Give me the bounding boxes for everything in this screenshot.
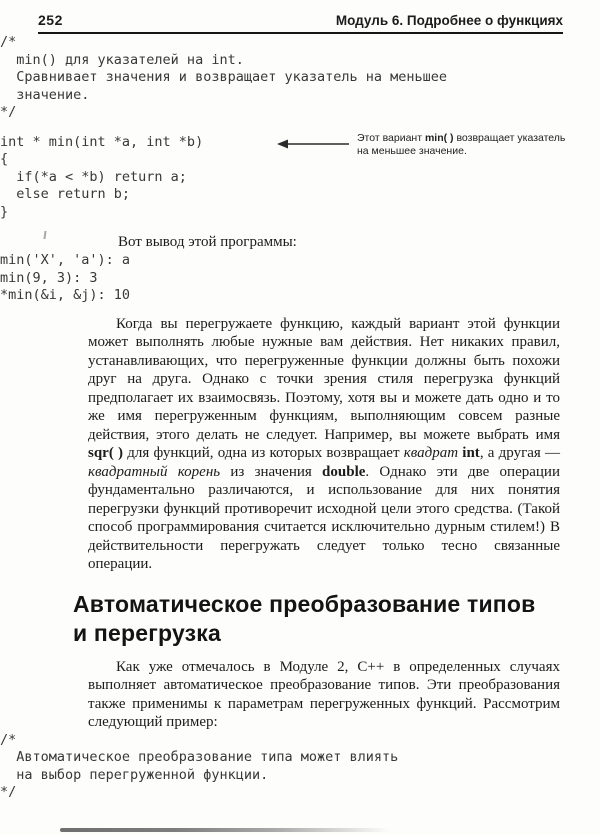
paragraph-text-italic: квадратный корень: [88, 464, 220, 480]
code-line: */: [0, 104, 600, 122]
paragraph-text-bold: sqr( ): [88, 445, 123, 461]
callout-text: Этот вариант: [357, 132, 425, 144]
code-line: Автоматическое преобразование типа может…: [0, 749, 600, 767]
code-line: /*: [0, 34, 600, 52]
code-line: *min(&i, &j): 10: [0, 287, 600, 305]
section-heading: Автоматическое преобразование типов и пе…: [73, 590, 560, 648]
paragraph-text-bold: double: [322, 464, 365, 480]
code-block-conversion-comment: /* Автоматическое преобразование типа мо…: [0, 732, 600, 802]
code-line: if(*a < *b) return a;: [0, 169, 600, 187]
output-intro-paragraph: Вот вывод этой программы:: [88, 233, 560, 252]
code-block-min-comment: /* min() для указателей на int. Сравнива…: [0, 34, 600, 122]
scan-bottom-shadow: [60, 828, 390, 832]
paragraph-text: , а другая —: [480, 445, 560, 461]
code-line: на выбор перегруженной функции.: [0, 767, 600, 785]
chapter-title: Модуль 6. Подробнее о функциях: [336, 13, 563, 28]
code-line: min(9, 3): 3: [0, 270, 600, 288]
callout-text-bold: min( ): [425, 132, 454, 144]
callout-arrow-icon: [277, 138, 349, 150]
code-line: }: [0, 204, 600, 222]
code-line: */: [0, 784, 600, 802]
code-line: Сравнивает значения и возвращает указате…: [0, 69, 600, 87]
overload-paragraph: Когда вы перегружаете функцию, каждый ва…: [88, 315, 560, 574]
section-heading-line1: Автоматическое преобразование типов: [73, 590, 560, 619]
section-heading-line2: и перегрузка: [73, 619, 560, 648]
code-line: min() для указателей на int.: [0, 52, 600, 70]
book-page: 252 Модуль 6. Подробнее о функциях /* mi…: [0, 0, 600, 835]
page-number: 252: [38, 12, 63, 28]
paragraph-text-bold: int: [462, 445, 480, 461]
code-line: min('X', 'a'): a: [0, 252, 600, 270]
paragraph-text: из значения: [220, 464, 322, 480]
paragraph-text: Когда вы перегружаете функцию, каждый ва…: [88, 316, 560, 443]
page-header: 252 Модуль 6. Подробнее о функциях: [38, 12, 563, 34]
code-line: значение.: [0, 87, 600, 105]
code-line: /*: [0, 732, 600, 750]
paragraph-text: для функций, одна из которых возвращает: [123, 445, 404, 461]
program-output-block: min('X', 'a'): amin(9, 3): 3*min(&i, &j)…: [0, 252, 600, 305]
conversion-paragraph: Как уже отмечалось в Модуле 2, C++ в опр…: [88, 658, 560, 732]
code-block-min-fn-wrap: int * min(int *a, int *b){ if(*a < *b) r…: [0, 134, 600, 222]
callout-note: Этот вариант min( ) возвращает указатель…: [357, 132, 567, 158]
code-line: else return b;: [0, 186, 600, 204]
scan-margin-artifact: [43, 231, 46, 239]
paragraph-text-italic: квадрат: [404, 445, 458, 461]
